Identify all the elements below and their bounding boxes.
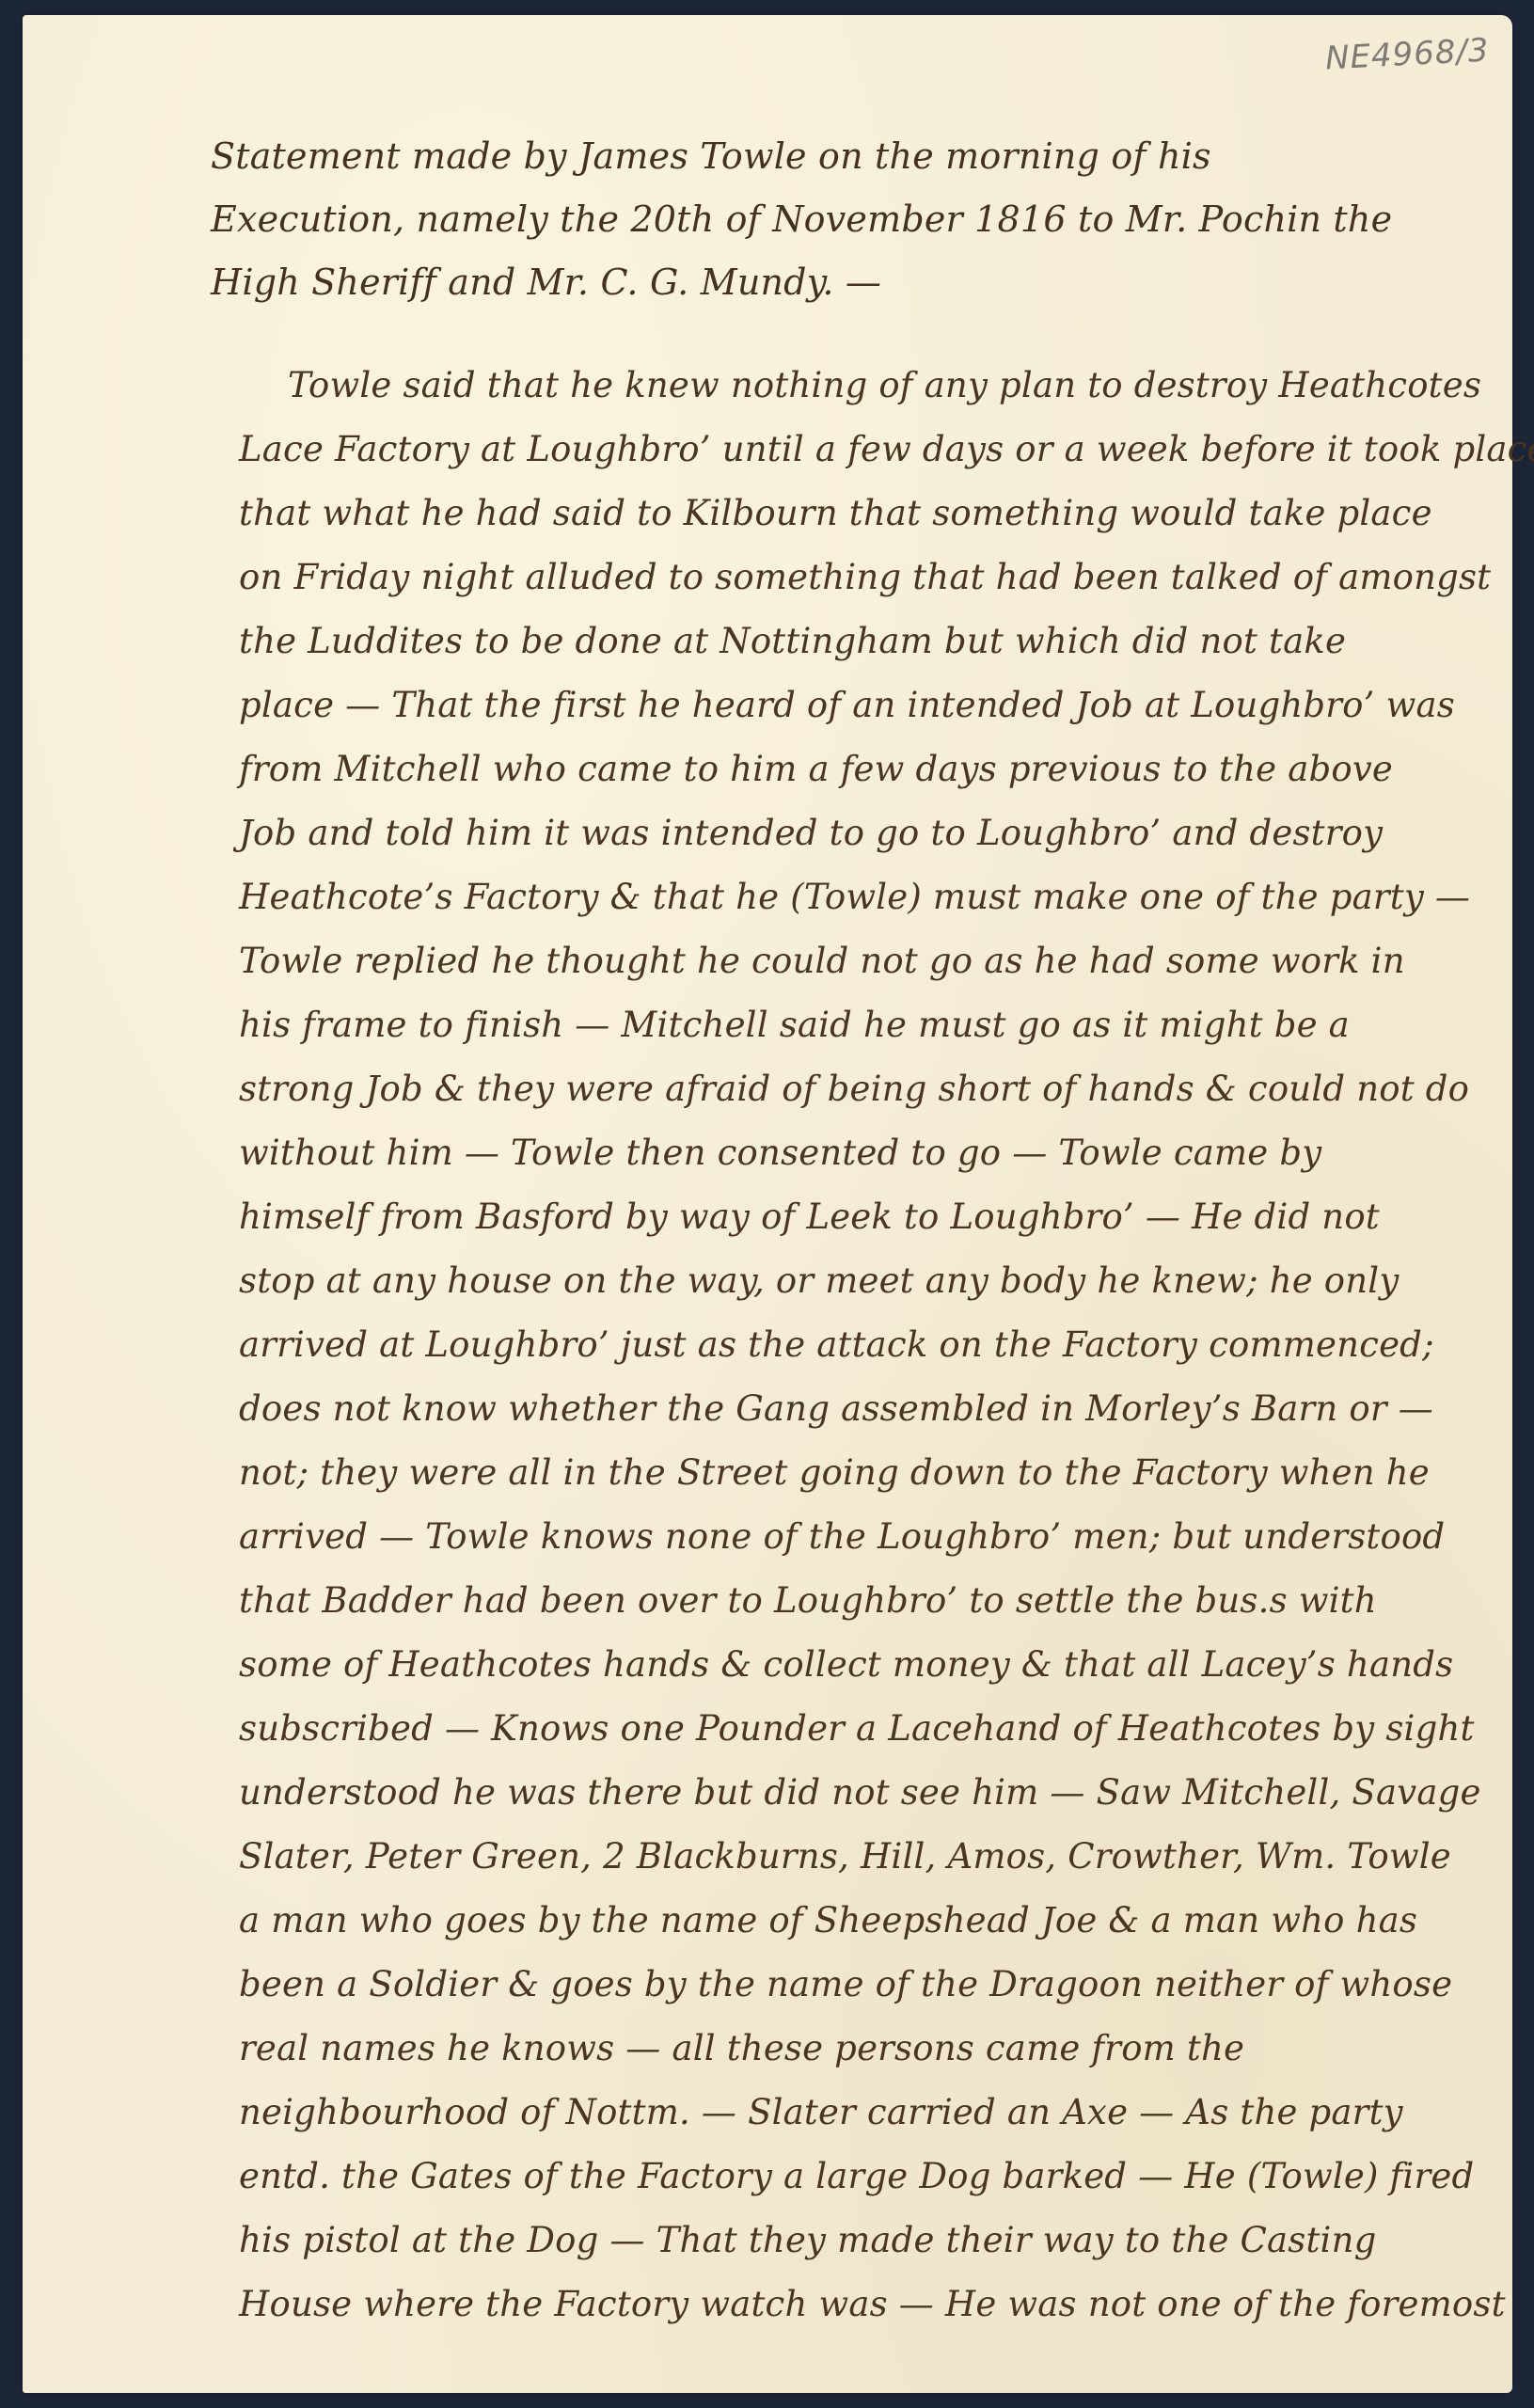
body-line: House where the Factory watch was — He w… xyxy=(239,2284,1506,2324)
body-line: place — That the first he heard of an in… xyxy=(239,685,1455,725)
body-line: himself from Basford by way of Leek to L… xyxy=(239,1196,1380,1237)
body-line: his frame to finish — Mitchell said he m… xyxy=(239,1005,1350,1045)
body-line: arrived at Loughbro’ just as the attack … xyxy=(239,1324,1434,1365)
body-line: Heathcote’s Factory & that he (Towle) mu… xyxy=(239,877,1470,917)
body-line: not; they were all in the Street going d… xyxy=(239,1452,1430,1493)
heading-line: Execution, namely the 20th of November 1… xyxy=(211,198,1392,240)
body-line: Towle said that he knew nothing of any p… xyxy=(288,365,1481,405)
body-line: his pistol at the Dog — That they made t… xyxy=(239,2220,1377,2260)
body-line: stop at any house on the way, or meet an… xyxy=(239,1260,1399,1301)
body-line: neighbourhood of Nottm. — Slater carried… xyxy=(239,2092,1403,2132)
body-line: from Mitchell who came to him a few days… xyxy=(239,749,1393,789)
body-line: arrived — Towle knows none of the Loughb… xyxy=(239,1516,1445,1557)
body-line: been a Soldier & goes by the name of the… xyxy=(239,1964,1452,2004)
body-line: Job and told him it was intended to go t… xyxy=(239,813,1383,853)
body-line: that what he had said to Kilbourn that s… xyxy=(239,493,1432,533)
body-line: Towle replied he thought he could not go… xyxy=(239,941,1405,981)
heading-line: Statement made by James Towle on the mor… xyxy=(211,135,1211,177)
body-line: subscribed — Knows one Pounder a Lacehan… xyxy=(239,1708,1475,1749)
body-line: Slater, Peter Green, 2 Blackburns, Hill,… xyxy=(239,1836,1451,1877)
body-line: that Badder had been over to Loughbro’ t… xyxy=(239,1580,1377,1621)
body-line: Lace Factory at Loughbro’ until a few da… xyxy=(239,429,1534,469)
archive-reference-number: NE4968/3 xyxy=(1324,31,1490,77)
body-line: understood he was there but did not see … xyxy=(239,1772,1481,1813)
body-line: some of Heathcotes hands & collect money… xyxy=(239,1644,1453,1685)
body-line: does not know whether the Gang assembled… xyxy=(239,1388,1433,1429)
manuscript-page: NE4968/3 Statement made by James Towle o… xyxy=(23,15,1512,2393)
body-line: real names he knows — all these persons … xyxy=(239,2028,1244,2068)
body-line: the Luddites to be done at Nottingham bu… xyxy=(239,621,1346,661)
body-line: a man who goes by the name of Sheepshead… xyxy=(239,1900,1417,1941)
body-line: strong Job & they were afraid of being s… xyxy=(239,1069,1469,1109)
body-line: entd. the Gates of the Factory a large D… xyxy=(239,2156,1474,2196)
body-line: without him — Towle then consented to go… xyxy=(239,1133,1321,1173)
heading-line: High Sheriff and Mr. C. G. Mundy. — xyxy=(211,261,881,303)
body-line: on Friday night alluded to something tha… xyxy=(239,557,1491,597)
